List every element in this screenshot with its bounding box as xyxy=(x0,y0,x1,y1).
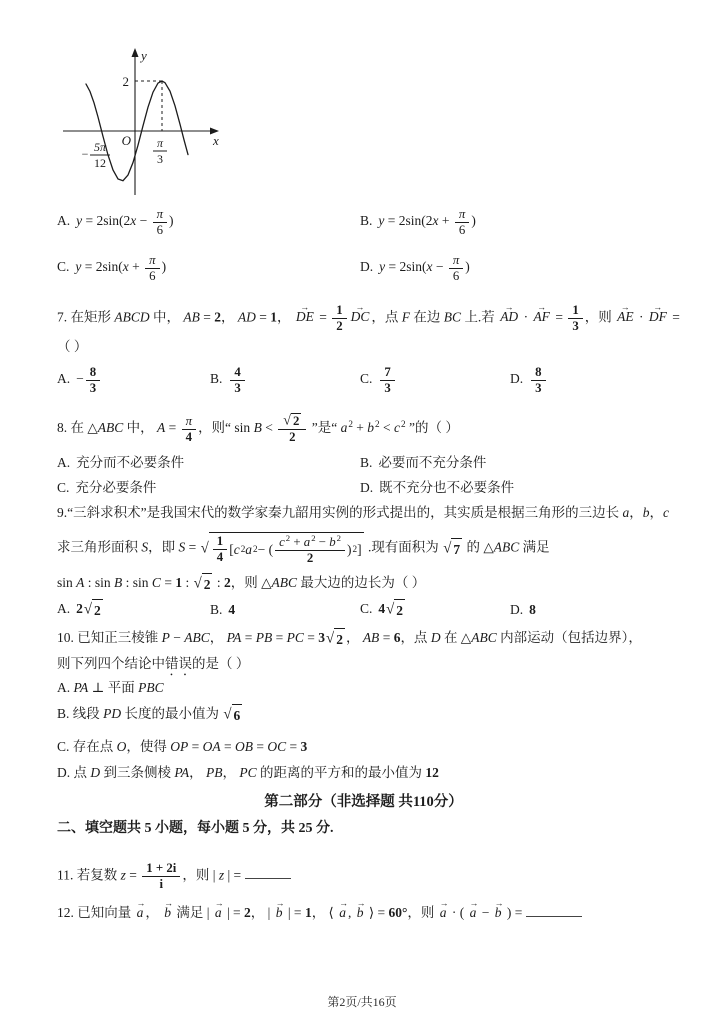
q9-line1-text: 9.“三斜求积术”是我国宋代的数学家秦九韶用实例的形式提出的，其实质是根据三角形… xyxy=(57,505,669,520)
option-formula: 83 xyxy=(529,371,547,386)
q10-option-a: A. PA ⊥ 平面 PBC xyxy=(57,677,670,699)
seg-var: π xyxy=(459,207,465,221)
seg-txt: = xyxy=(188,739,202,754)
seg-txt: ，使得 xyxy=(126,739,170,754)
option-text: D. 点 D 到三条侧棱 PA， PB， PC 的距离的平方和的最小值为 12 xyxy=(57,765,439,780)
seg-frac: 14 xyxy=(213,534,227,565)
seg-frac: π6 xyxy=(455,207,469,238)
seg-txt: ，则 | xyxy=(182,867,218,882)
option-label: C. xyxy=(360,371,372,386)
seg-txt: = xyxy=(221,739,235,754)
seg-vec: DE xyxy=(296,306,314,328)
seg-vec: AD xyxy=(500,306,518,328)
page-number: 第2页/共16页 xyxy=(327,995,396,1009)
option-label: B. xyxy=(360,213,372,228)
seg-txt: | = xyxy=(224,867,244,882)
seg-frac: π6 xyxy=(449,253,463,284)
seg-txt: = 2sin(2 xyxy=(384,213,432,228)
option-text: B. 线段 PD 长度的最小值为 √6 xyxy=(57,703,243,726)
y-axis-arrow xyxy=(132,48,139,57)
seg-txt: + xyxy=(439,213,453,228)
seg-txt: + xyxy=(353,420,367,435)
option-label: D. xyxy=(510,371,523,386)
seg-sup: 2 xyxy=(337,533,341,543)
seg-txt: ，即 xyxy=(148,540,178,555)
seg-num: 2 xyxy=(94,600,101,622)
seg-var: ABC xyxy=(184,630,210,645)
seg-num: 6 xyxy=(234,705,241,727)
peak-tick-numerator: π xyxy=(157,136,164,150)
seg-txt: = xyxy=(286,739,300,754)
seg-txt: ) xyxy=(471,213,476,228)
seg-var: a xyxy=(245,539,252,561)
seg-txt: = xyxy=(241,630,255,645)
seg-vec: b xyxy=(164,902,171,924)
q12-text: 12. 已知向量 a， b 满足 | a | = 2， | b | = 1， ⟨… xyxy=(57,902,582,924)
seg-txt: − xyxy=(478,905,492,920)
seg-var: c xyxy=(234,539,240,561)
seg-txt: C. 存在点 xyxy=(57,739,117,754)
seg-txt: 在 △ xyxy=(441,630,472,645)
seg-var: C xyxy=(152,575,161,590)
seg-var: P xyxy=(162,630,170,645)
seg-num: 3 xyxy=(301,739,308,754)
seg-num: 4 xyxy=(186,430,192,444)
q6-options-row-2: C.y = 2sin(x + π6) D.y = 2sin(x − π6) xyxy=(57,247,670,289)
seg-txt: = xyxy=(126,867,140,882)
seg-num: 4 xyxy=(234,365,240,379)
seg-txt: .现有面积为 xyxy=(365,540,443,555)
seg-var: OB xyxy=(235,739,253,754)
seg-txt: : xyxy=(182,575,193,590)
seg-vec: b xyxy=(357,902,364,924)
seg-txt: = xyxy=(185,540,199,555)
q6-option-c: C.y = 2sin(x + π6) xyxy=(57,253,360,284)
question-8-stem: 8. 在 △ABC 中， A = π4，则“ sin B < √22 ”是“ a… xyxy=(57,406,670,452)
function-graph: y x O 2 π 3 − 5π 12 xyxy=(63,45,298,203)
seg-txt: ， xyxy=(221,309,238,324)
seg-txt: 最大边的边长为（ ） xyxy=(297,575,425,590)
sine-curve-figure: y x O 2 π 3 − 5π 12 xyxy=(63,45,298,203)
seg-txt: ) xyxy=(347,539,352,561)
seg-num: 4 xyxy=(378,601,385,616)
seg-txt: ) xyxy=(169,213,174,228)
seg-txt: 求三角形面积 xyxy=(57,540,141,555)
seg-txt: ”的（ ） xyxy=(406,420,459,435)
seg-num: 8 xyxy=(90,365,96,379)
seg-var: PB xyxy=(206,765,223,780)
option-label: A. xyxy=(57,371,70,386)
option-label: D. xyxy=(360,480,373,495)
seg-txt: ， xyxy=(223,765,240,780)
seg-txt: 6 xyxy=(157,223,163,237)
seg-txt: 上.若 xyxy=(461,309,498,324)
seg-num: 2 xyxy=(293,414,299,429)
seg-var: O xyxy=(117,739,127,754)
zero-tick-minus: − xyxy=(82,147,89,161)
seg-txt: − ( xyxy=(258,539,273,561)
seg-txt: = xyxy=(379,630,393,645)
seg-txt: · ( xyxy=(449,905,468,920)
seg-num: 4 xyxy=(228,602,235,617)
seg-var: D xyxy=(90,765,100,780)
seg-var: π xyxy=(157,207,163,221)
radical-sign: √ xyxy=(194,576,202,591)
seg-txt: 6 xyxy=(459,223,465,237)
seg-txt: ) = xyxy=(504,905,526,920)
option-label: A. xyxy=(57,213,70,228)
seg-vec: DC xyxy=(351,306,370,328)
seg-txt: + xyxy=(129,259,143,274)
option-label: B. xyxy=(210,371,222,386)
page-content: y x O 2 π 3 − 5π 12 A.y = 2sin(2x − π6) … xyxy=(57,0,670,1024)
seg-txt: 中， xyxy=(150,309,184,324)
seg-txt: = xyxy=(272,630,286,645)
q7-option-b: B.43 xyxy=(210,365,360,396)
seg-txt: B. 线段 xyxy=(57,706,103,721)
seg-num: 2 xyxy=(214,309,221,324)
seg-var: c xyxy=(394,420,400,435)
seg-num: 2 xyxy=(76,601,83,616)
seg-vec: a xyxy=(215,902,222,924)
seg-frac: π4 xyxy=(182,414,196,445)
seg-txt: 的 △ xyxy=(463,540,494,555)
q11-text: 11. 若复数 z = 1 + 2ii，则 | z | = xyxy=(57,861,291,892)
seg-frac: 83 xyxy=(86,365,100,396)
option-label: A. xyxy=(57,601,70,616)
seg-num: 7 xyxy=(453,539,460,561)
seg-num: 3 xyxy=(384,381,390,395)
seg-txt: ) xyxy=(465,259,470,274)
option-label: B. xyxy=(360,455,372,470)
seg-var: B xyxy=(254,420,262,435)
seg-txt: = 2sin( xyxy=(81,259,122,274)
radical-sign: √ xyxy=(201,541,209,556)
radical-sign: √ xyxy=(84,602,92,617)
seg-txt: 长度的最小值为 xyxy=(121,706,222,721)
radical-sign: √ xyxy=(223,707,231,722)
seg-txt: : sin xyxy=(84,575,114,590)
seg-txt: = xyxy=(165,420,179,435)
seg-num: 2 xyxy=(336,629,343,651)
seg-txt: = xyxy=(669,309,680,324)
seg-num: 2 xyxy=(224,575,231,590)
seg-frac: π6 xyxy=(145,253,159,284)
seg-var: AB xyxy=(363,630,380,645)
seg-txt: ， xyxy=(189,765,206,780)
seg-txt: 7. 在矩形 xyxy=(57,309,114,324)
seg-num: 8 xyxy=(529,602,536,617)
radical-sign: √ xyxy=(443,541,451,556)
seg-txt: − xyxy=(433,259,447,274)
q10-option-c: C. 存在点 O，使得 OP = OA = OB = OC = 3 xyxy=(57,736,670,758)
option-label: C. xyxy=(57,480,69,495)
seg-var: c xyxy=(663,505,669,520)
seg-txt: < xyxy=(380,420,394,435)
option-text: 既不充分也不必要条件 xyxy=(379,480,514,495)
section-2-title: 第二部分（非选择题 共110分） xyxy=(264,794,463,810)
seg-txt: 到三条侧棱 xyxy=(100,765,174,780)
seg-vec: a xyxy=(137,902,144,924)
seg-txt: | = xyxy=(224,905,244,920)
seg-num: 1 xyxy=(217,534,223,548)
q8-option-b: B.必要而不充分条件 xyxy=(360,452,486,474)
question-10-line-2: 则下列四个结论中错误的是（ ） xyxy=(57,653,670,679)
seg-txt: ”是“ xyxy=(308,420,340,435)
seg-num: 1 xyxy=(270,309,277,324)
seg-txt: 中， xyxy=(123,420,157,435)
seg-var: ABC xyxy=(272,575,298,590)
seg-vec: b xyxy=(495,902,502,924)
option-formula: 2√2 xyxy=(76,601,104,616)
q9-option-d: D.8 xyxy=(510,599,536,621)
y-axis-label: y xyxy=(139,48,147,63)
seg-txt: ，点 xyxy=(371,309,401,324)
seg-sqrt: √2 xyxy=(283,413,301,429)
seg-var: c xyxy=(279,535,285,549)
seg-txt: A. xyxy=(57,680,74,695)
q9-line3-text: sin A : sin B : sin C = 1 : √2 : 2，则 △AB… xyxy=(57,572,425,595)
question-7-answer-paren: （ ） xyxy=(57,336,670,358)
seg-sqrt: √7 xyxy=(443,538,462,561)
option-text: A. PA ⊥ 平面 PBC xyxy=(57,680,164,695)
seg-txt: ， xyxy=(629,505,643,520)
seg-frac: 43 xyxy=(230,365,244,396)
q8-option-a: A.充分而不必要条件 xyxy=(57,452,360,474)
seg-txt: ⊥ 平面 xyxy=(88,680,138,695)
seg-var: PBC xyxy=(138,680,164,695)
seg-num: 3 xyxy=(572,319,578,333)
q8-options-row-1: A.充分而不必要条件 B.必要而不充分条件 xyxy=(57,452,670,474)
seg-var: b xyxy=(367,420,374,435)
q7-options-row: A.−83 B.43 C.73 D.83 xyxy=(57,358,670,402)
seg-txt: : sin xyxy=(122,575,152,590)
section-2-header: 第二部分（非选择题 共110分） xyxy=(57,791,670,814)
seg-num: 2 xyxy=(289,430,295,444)
seg-var: PC xyxy=(239,765,256,780)
seg-num: 3 xyxy=(234,381,240,395)
q7-option-d: D.83 xyxy=(510,365,548,396)
fill-in-header-text: 二、填空题共 5 小题，每小题 5 分，共 25 分. xyxy=(57,821,334,836)
seg-var: ABC xyxy=(471,630,497,645)
seg-txt: ，点 xyxy=(400,630,430,645)
radical-sign: √ xyxy=(283,414,291,428)
seg-num: 2 xyxy=(307,551,313,565)
seg-txt: ， xyxy=(649,505,663,520)
seg-vec: AF xyxy=(533,306,550,328)
seg-txt: 满足 xyxy=(519,540,549,555)
seg-txt: − xyxy=(316,535,330,549)
q9-option-c: C.4√2 xyxy=(360,598,510,621)
radical-sign: √ xyxy=(386,602,394,617)
seg-var: OP xyxy=(170,739,188,754)
q10-line2-text: 则下列四个结论中错误的是（ ） xyxy=(57,656,249,671)
seg-frac: 83 xyxy=(531,365,545,396)
seg-txt: = 2sin( xyxy=(385,259,426,274)
q8-option-d: D.既不充分也不必要条件 xyxy=(360,477,514,499)
seg-num: 1 xyxy=(305,905,312,920)
seg-var: F xyxy=(402,309,410,324)
radical-sign: √ xyxy=(326,631,334,646)
paren-text: （ ） xyxy=(57,339,87,354)
seg-frac: 13 xyxy=(568,303,582,334)
seg-txt: ， xyxy=(210,630,227,645)
seg-txt: ] xyxy=(357,539,362,561)
seg-txt: + xyxy=(290,535,304,549)
q8-option-c: C.充分必要条件 xyxy=(57,477,360,499)
seg-txt: · xyxy=(636,309,647,324)
option-formula: −83 xyxy=(76,371,102,386)
seg-sqrt: √6 xyxy=(223,704,242,727)
seg-num: 2 xyxy=(204,574,211,596)
option-label: C. xyxy=(360,601,372,616)
seg-num: 12 xyxy=(425,765,439,780)
seg-txt: : xyxy=(213,575,224,590)
option-formula: 4 xyxy=(228,602,235,617)
seg-frac: 73 xyxy=(380,365,394,396)
seg-vec: b xyxy=(276,902,283,924)
seg-var: BC xyxy=(444,309,461,324)
seg-num: 1 xyxy=(572,303,578,317)
seg-txt: ⟩ = xyxy=(365,905,388,920)
seg-vec: a xyxy=(470,902,477,924)
seg-var: ABC xyxy=(494,540,520,555)
seg-var: OC xyxy=(267,739,286,754)
seg-txt: = xyxy=(304,630,318,645)
seg-vec: a xyxy=(339,902,346,924)
seg-txt: = xyxy=(200,309,214,324)
seg-txt: = xyxy=(552,309,566,324)
seg-sqrt: √2 xyxy=(84,599,103,622)
seg-txt: 6 xyxy=(453,269,459,283)
seg-vec: DF xyxy=(649,306,667,328)
seg-num: 3 xyxy=(535,381,541,395)
seg-txt: = xyxy=(316,309,330,324)
seg-var: PC xyxy=(287,630,304,645)
seg-txt: , xyxy=(348,905,355,920)
seg-var: PA xyxy=(227,630,242,645)
seg-num: 2 xyxy=(244,905,251,920)
origin-label: O xyxy=(122,133,132,148)
option-text: 充分必要条件 xyxy=(75,480,156,495)
q7-option-c: C.73 xyxy=(360,365,510,396)
seg-txt: 的是（ ） xyxy=(192,656,249,671)
seg-var: PA xyxy=(74,680,89,695)
seg-num: 3 xyxy=(318,630,325,645)
seg-txt: < xyxy=(262,420,276,435)
seg-var: AD xyxy=(238,309,256,324)
option-label: C. xyxy=(57,259,69,274)
seg-txt: = xyxy=(161,575,175,590)
q6-option-b: B.y = 2sin(2x + π6) xyxy=(360,207,476,238)
seg-txt: ，则 xyxy=(585,309,615,324)
q8-stem-text: 8. 在 △ABC 中， A = π4，则“ sin B < √22 ”是“ a… xyxy=(57,413,459,445)
seg-num: 2 xyxy=(336,319,342,333)
seg-txt: − xyxy=(136,213,150,228)
q9-option-b: B.4 xyxy=(210,599,360,621)
option-label: D. xyxy=(510,602,523,617)
seg-num: i xyxy=(160,877,164,891)
seg-txt: 11. 若复数 xyxy=(57,867,121,882)
seg-num: 4 xyxy=(217,550,223,564)
seg-txt: 6 xyxy=(149,269,155,283)
seg-frac: c2 + a2 − b22 xyxy=(275,533,345,565)
seg-txt: ，则 △ xyxy=(231,575,272,590)
seg-txt: · xyxy=(520,309,531,324)
seg-num: 8 xyxy=(535,365,541,379)
seg-txt: ， xyxy=(277,309,294,324)
seg-txt: = xyxy=(256,309,270,324)
q7-stem-text: 7. 在矩形 ABCD 中， AB = 2， AD = 1， DE = 12DC… xyxy=(57,303,680,334)
q10-option-d: D. 点 D 到三条侧棱 PA， PB， PC 的距离的平方和的最小值为 12 xyxy=(57,762,670,784)
seg-txt: ， | xyxy=(251,905,274,920)
seg-txt: − xyxy=(170,630,184,645)
seg-txt: 10. 已知正三棱锥 xyxy=(57,630,162,645)
seg-var: π xyxy=(453,253,459,267)
seg-frac: √22 xyxy=(278,413,306,445)
seg-vec: AE xyxy=(617,306,634,328)
seg-var: ABCD xyxy=(114,309,149,324)
q8-options-row-2: C.充分必要条件 D.既不充分也不必要条件 xyxy=(57,477,670,499)
seg-sqrt: √2 xyxy=(326,628,345,651)
option-formula: y = 2sin(x − π6) xyxy=(379,259,470,274)
option-formula: 43 xyxy=(228,371,246,386)
q9-line2-text: 求三角形面积 S，即 S = √14[c2a2 − (c2 + a2 − b22… xyxy=(57,532,550,565)
option-text: C. 存在点 O，使得 OP = OA = OB = OC = 3 xyxy=(57,739,307,754)
seg-var: ABC xyxy=(98,420,124,435)
option-formula: 8 xyxy=(529,602,536,617)
fill-in-section-header: 二、填空题共 5 小题，每小题 5 分，共 25 分. xyxy=(57,818,670,840)
option-label: D. xyxy=(360,259,373,274)
seg-var: PB xyxy=(256,630,273,645)
seg-sqrt: √2 xyxy=(194,573,213,596)
seg-var: PA xyxy=(174,765,189,780)
seg-txt: 12. 已知向量 xyxy=(57,905,135,920)
seg-txt: = 2sin(2 xyxy=(82,213,130,228)
seg-num: 2 xyxy=(396,600,403,622)
question-9-line-1: 9.“三斜求积术”是我国宋代的数学家秦九韶用实例的形式提出的，其实质是根据三角形… xyxy=(57,502,670,524)
option-label: B. xyxy=(210,602,222,617)
option-formula: y = 2sin(2x + π6) xyxy=(378,213,475,228)
q6-option-d: D.y = 2sin(x − π6) xyxy=(360,253,470,284)
seg-txt: ， ⟨ xyxy=(312,905,338,920)
seg-txt: D. 点 xyxy=(57,765,90,780)
option-formula: y = 2sin(x + π6) xyxy=(75,259,166,274)
question-11: 11. 若复数 z = 1 + 2ii，则 | z | = xyxy=(57,854,670,898)
seg-txt: ， xyxy=(145,905,162,920)
seg-vec: a xyxy=(440,902,447,924)
question-9-line-2: 求三角形面积 S，即 S = √14[c2a2 − (c2 + a2 − b22… xyxy=(57,527,670,571)
question-12: 12. 已知向量 a， b 满足 | a | = 2， | b | = 1， ⟨… xyxy=(57,898,670,928)
seg-num: 7 xyxy=(384,365,390,379)
seg-txt: 内部运动（包括边界）， xyxy=(497,630,642,645)
answer-blank xyxy=(526,903,582,917)
page-footer: 第2页/共16页 xyxy=(0,993,724,1012)
question-10-line-1: 10. 已知正三棱锥 P − ABC， PA = PB = PC = 3√2， … xyxy=(57,626,670,652)
seg-num: 3 xyxy=(90,381,96,395)
option-formula: y = 2sin(2x − π6) xyxy=(76,213,173,228)
seg-var: PD xyxy=(103,706,121,721)
seg-txt: ) xyxy=(162,259,167,274)
seg-var: AB xyxy=(183,309,200,324)
seg-num: 1 xyxy=(336,303,342,317)
option-formula: 4√2 xyxy=(378,601,406,616)
option-formula: 73 xyxy=(378,371,396,386)
seg-txt: ，则 xyxy=(407,905,437,920)
seg-txt: | = xyxy=(284,905,304,920)
answer-blank xyxy=(245,865,291,879)
option-text: 充分而不必要条件 xyxy=(76,455,184,470)
